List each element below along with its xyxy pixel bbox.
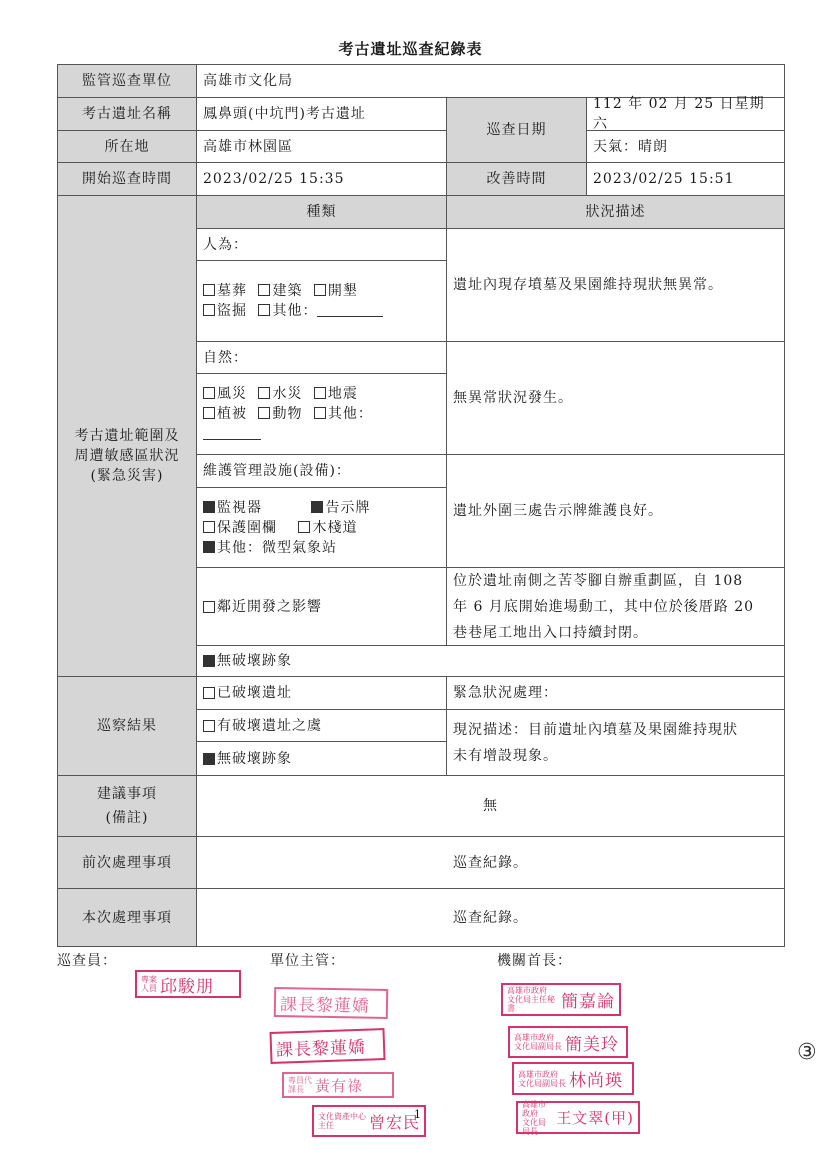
- result-no-damage: 無破壞跡象: [196, 741, 447, 776]
- checkbox-fence[interactable]: [203, 521, 215, 533]
- site-name-value: 鳳鼻頭(中坑門)考古遺址: [196, 97, 447, 131]
- stamp-title: 文化資產中心: [318, 1112, 366, 1121]
- option-cctv: 監視器: [217, 500, 262, 516]
- checkbox-result-no-damage[interactable]: [203, 753, 215, 765]
- facilities-heading: 維護管理設施(設備)：: [196, 454, 447, 488]
- stamp-name: 黃有祿: [315, 1075, 363, 1096]
- stamp-name: 邱駿朋: [160, 972, 214, 997]
- no-damage-label: 無破壞跡象: [217, 651, 292, 671]
- checkbox-wind[interactable]: [203, 387, 215, 399]
- stamp-title2: 課長: [288, 1085, 312, 1094]
- current-value: 巡查紀錄。: [196, 888, 785, 947]
- page-number: 1: [414, 1108, 421, 1121]
- col-desc-header: 狀況描述: [446, 195, 785, 229]
- stamp-name: 簡美玲: [565, 1030, 619, 1055]
- option-natural-other: 其他：: [328, 406, 373, 422]
- option-animal: 動物: [272, 406, 302, 422]
- previous-label: 前次處理事項: [57, 836, 197, 889]
- human-other-blank[interactable]: [317, 304, 383, 317]
- checkbox-boardwalk[interactable]: [298, 521, 310, 533]
- natural-description: 無異常狀況發生。: [446, 341, 785, 455]
- stamp-name: 王文翠(甲): [556, 1107, 634, 1128]
- suggestion-label-line2: (備註): [106, 806, 149, 830]
- unit-value: 高雄市文化局: [196, 64, 785, 98]
- no-damage-option: 無破壞跡象: [196, 645, 785, 677]
- checkbox-at-risk[interactable]: [203, 720, 215, 732]
- result-section-label: 巡察結果: [57, 676, 197, 776]
- checkbox-signboard[interactable]: [311, 501, 323, 513]
- head-stamp-3: 高雄市政府文化局副局長 林尚瑛: [512, 1062, 634, 1095]
- checkbox-cctv[interactable]: [203, 501, 215, 513]
- stamp-name: 簡嘉論: [561, 987, 615, 1012]
- human-heading: 人為：: [196, 228, 447, 261]
- stamp-title2: 主任: [318, 1121, 366, 1130]
- location-value: 高雄市林園區: [196, 130, 447, 163]
- status-label-line2: 周遭敏感區狀況: [75, 446, 180, 466]
- current-desc-line1: 現況描述：目前遺址內墳墓及果園維持現狀: [453, 717, 738, 743]
- head-label: 機關首長：: [497, 950, 572, 970]
- result-no-damage-label: 無破壞跡象: [217, 749, 292, 769]
- human-description: 遺址內現存墳墓及果園維持現狀無異常。: [446, 228, 785, 342]
- supervisor-stamp-2: 課長黎蓮嬌: [269, 1028, 385, 1064]
- checkbox-destroyed[interactable]: [203, 687, 215, 699]
- checkbox-looting[interactable]: [203, 304, 215, 316]
- stamp-title2: 文化局副局長: [518, 1079, 566, 1088]
- emergency-handling: 緊急狀況處理：: [446, 676, 785, 710]
- checkbox-burial[interactable]: [203, 284, 215, 296]
- stamp-title: 高雄市政府: [518, 1070, 566, 1079]
- result-destroyed-label: 已破壞遺址: [217, 683, 292, 703]
- head-stamp-4: 高雄市政府文化局局長 王文翠(甲): [516, 1101, 640, 1134]
- site-name-label: 考古遺址名稱: [57, 97, 197, 131]
- status-label-line3: (緊急災害): [91, 466, 164, 486]
- weather-value: 天氣：晴朗: [586, 130, 785, 163]
- option-looting: 盜掘: [217, 303, 247, 319]
- inspector-stamp: 專案人員 邱駿朋: [135, 970, 241, 998]
- checkbox-facilities-other[interactable]: [203, 541, 215, 553]
- nearby-dev-desc-line3: 巷巷尾工地出入口持續封閉。: [453, 620, 648, 646]
- result-at-risk-label: 有破壞遺址之虞: [217, 716, 322, 736]
- option-cultivation: 開墾: [328, 283, 358, 299]
- col-type-header: 種類: [196, 195, 447, 229]
- option-boardwalk: 木棧道: [312, 520, 357, 536]
- form-title: 考古遺址巡查紀錄表: [0, 38, 821, 59]
- checkbox-earthquake[interactable]: [314, 387, 326, 399]
- location-label: 所在地: [57, 130, 197, 163]
- result-at-risk: 有破壞遺址之虞: [196, 709, 447, 742]
- stamp-title2: 文化局副局長: [514, 1042, 562, 1051]
- supervisor-label: 單位主管：: [270, 950, 345, 970]
- stamp-title: 高雄市政府: [522, 1100, 553, 1118]
- suggestion-label: 建議事項 (備註): [57, 775, 197, 837]
- nearby-dev-desc-line1: 位於遺址南側之苦苓腳自辦重劃區，自 108: [453, 568, 743, 594]
- head-stamp-2: 高雄市政府文化局副局長 簡美玲: [508, 1026, 628, 1058]
- checkbox-animal[interactable]: [258, 407, 270, 419]
- nearby-dev-description: 位於遺址南側之苦苓腳自辦重劃區，自 108 年 6 月底開始進場動工，其中位於後…: [446, 567, 785, 646]
- checkbox-no-damage[interactable]: [203, 655, 215, 667]
- stamp-name: 曾宏民: [369, 1110, 420, 1133]
- result-destroyed: 已破壞遺址: [196, 676, 447, 710]
- suggestion-label-line1: 建議事項: [97, 782, 157, 806]
- facilities-options: 監視器 告示牌 保護圍欄 木棧道 其他：微型氣象站: [196, 487, 447, 568]
- start-time-label: 開始巡查時間: [57, 162, 197, 196]
- patrol-date-label: 巡查日期: [446, 97, 587, 163]
- current-description: 現況描述：目前遺址內墳墓及果園維持現狀 未有增設現象。: [446, 709, 785, 776]
- supervisor-stamp-4: 文化資產中心主任 曾宏民: [312, 1105, 426, 1137]
- status-section-label: 考古遺址範圍及 周遭敏感區狀況 (緊急災害): [57, 195, 197, 677]
- checkbox-natural-other[interactable]: [314, 407, 326, 419]
- stamp-name: 林尚瑛: [569, 1066, 623, 1091]
- margin-handwritten-mark: ③: [797, 1040, 817, 1065]
- checkbox-flood[interactable]: [258, 387, 270, 399]
- facilities-description: 遺址外圍三處告示牌維護良好。: [446, 454, 785, 568]
- nearby-dev-label: 鄰近開發之影響: [217, 597, 322, 617]
- head-stamp-1: 高雄市政府文化局主任秘書 簡嘉論: [501, 983, 621, 1016]
- current-desc-line2: 未有增設現象。: [453, 743, 558, 769]
- stamp-name: 課長黎蓮嬌: [280, 990, 370, 1017]
- stamp-name: 課長黎蓮嬌: [276, 1032, 367, 1060]
- patrol-date-value: 112 年 02 月 25 日星期六: [586, 97, 785, 131]
- supervisor-stamp-1: 課長黎蓮嬌: [274, 987, 389, 1019]
- checkbox-human-other[interactable]: [258, 304, 270, 316]
- option-earthquake: 地震: [328, 386, 358, 402]
- stamp-title2: 文化局局長: [522, 1118, 553, 1136]
- nearby-dev-option: 鄰近開發之影響: [196, 567, 447, 646]
- human-options: 墓葬 建築 開墾 盜掘 其他：: [196, 260, 447, 342]
- checkbox-cultivation[interactable]: [314, 284, 326, 296]
- natural-options: 風災 水災 地震 植被 動物 其他：: [196, 373, 447, 455]
- stamp-title: 高雄市政府: [514, 1033, 562, 1042]
- option-wind: 風災: [217, 386, 247, 402]
- natural-other-blank[interactable]: [203, 427, 261, 440]
- checkbox-construction[interactable]: [258, 284, 270, 296]
- stamp-title2: 文化局主任秘書: [507, 995, 558, 1013]
- option-fence: 保護圍欄: [217, 520, 277, 536]
- stamp-title: 專員代: [288, 1076, 312, 1085]
- status-label-line1: 考古遺址範圍及: [75, 426, 180, 446]
- option-construction: 建築: [272, 283, 302, 299]
- option-flood: 水災: [272, 386, 302, 402]
- checkbox-nearby-dev[interactable]: [203, 601, 215, 613]
- option-facilities-other: 其他：微型氣象站: [217, 540, 337, 556]
- nearby-dev-desc-line2: 年 6 月底開始進場動工，其中位於後厝路 20: [453, 594, 754, 620]
- checkbox-vegetation[interactable]: [203, 407, 215, 419]
- improve-time-label: 改善時間: [446, 162, 587, 196]
- stamp-title: 高雄市政府: [507, 986, 558, 995]
- option-burial: 墓葬: [217, 283, 247, 299]
- suggestion-value: 無: [196, 775, 785, 837]
- improve-time-value: 2023/02/25 15:51: [586, 162, 785, 196]
- supervisor-stamp-3: 專員代課長 黃有祿: [282, 1072, 394, 1098]
- previous-value: 巡查紀錄。: [196, 836, 785, 889]
- natural-heading: 自然：: [196, 341, 447, 374]
- option-signboard: 告示牌: [325, 500, 370, 516]
- unit-label: 監管巡查單位: [57, 64, 197, 98]
- inspector-label: 巡查員：: [57, 950, 117, 970]
- stamp-title: 專案: [141, 975, 157, 984]
- current-label: 本次處理事項: [57, 888, 197, 947]
- stamp-title2: 人員: [141, 984, 157, 993]
- option-vegetation: 植被: [217, 406, 247, 422]
- option-human-other: 其他：: [272, 303, 317, 319]
- start-time-value: 2023/02/25 15:35: [196, 162, 447, 196]
